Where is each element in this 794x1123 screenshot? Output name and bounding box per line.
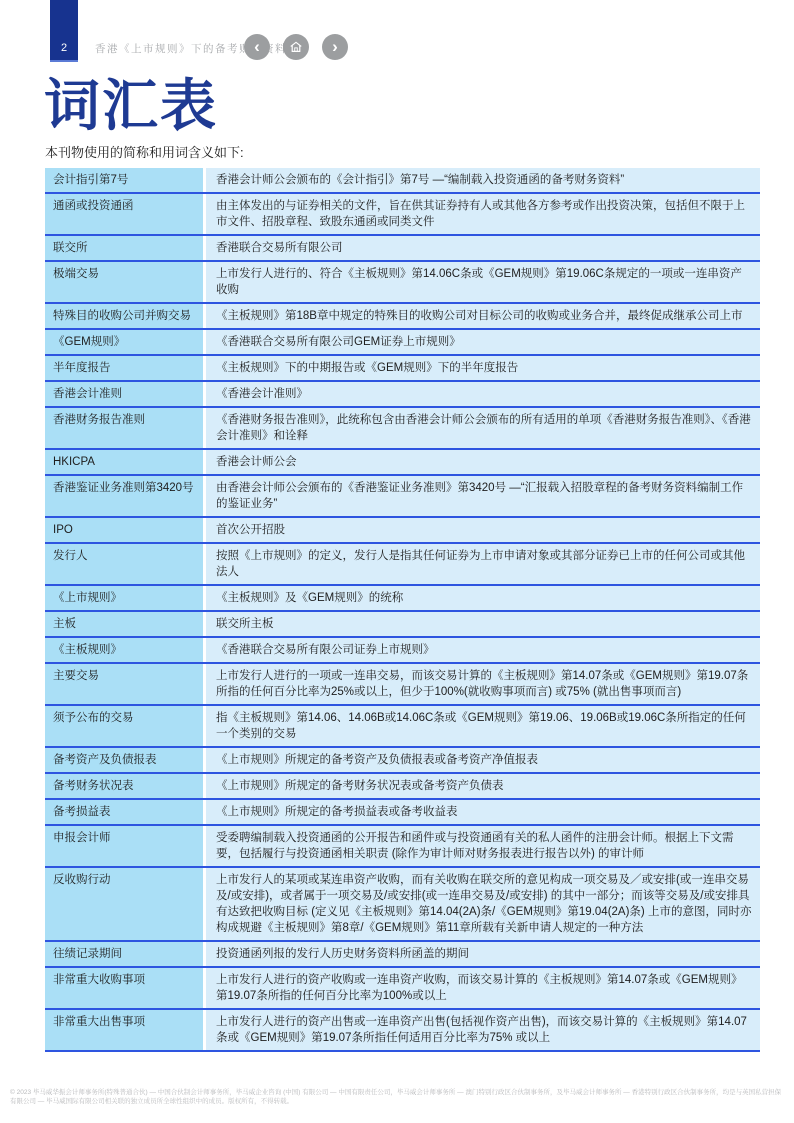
table-row: 香港财务报告准则《香港财务报告准则》，此统称包含由香港会计师公会颁布的所有适用的… <box>45 408 760 450</box>
footer-copyright: © 2023 毕马威华振会计师事务所(特殊普通合伙) — 中国合伙制会计师事务所… <box>10 1088 782 1106</box>
table-row: 须予公布的交易指《主板规则》第14.06、14.06B或14.06C条或《GEM… <box>45 706 760 748</box>
page-number-box: 2 <box>50 0 78 62</box>
definition-cell: 《上市规则》所规定的备考财务状况表或备考资产负债表 <box>206 774 760 798</box>
definition-cell: 《主板规则》下的中期报告或《GEM规则》下的半年度报告 <box>206 356 760 380</box>
definition-cell: 上市发行人进行的资产收购或一连串资产收购，而该交易计算的《主板规则》第14.07… <box>206 968 760 1008</box>
definition-cell: 按照《上市规则》的定义，发行人是指其任何证券为上市申请对象或其部分证券已上市的任… <box>206 544 760 584</box>
definition-cell: 《香港财务报告准则》，此统称包含由香港会计师公会颁布的所有适用的单项《香港财务报… <box>206 408 760 448</box>
term-cell: 备考损益表 <box>45 800 203 824</box>
table-row: 备考资产及负债报表《上市规则》所规定的备考资产及负债报表或备考资产净值报表 <box>45 748 760 774</box>
term-cell: 特殊目的收购公司并购交易 <box>45 304 203 328</box>
table-row: 通函或投资通函由主体发出的与证券相关的文件，旨在供其证券持有人或其他各方参考或作… <box>45 194 760 236</box>
page-number: 2 <box>61 42 67 60</box>
next-page-button[interactable]: › <box>322 34 348 60</box>
term-cell: HKICPA <box>45 450 203 474</box>
term-cell: 香港会计准则 <box>45 382 203 406</box>
prev-page-button[interactable]: ‹ <box>244 34 270 60</box>
term-cell: 主要交易 <box>45 664 203 704</box>
table-row: 备考损益表《上市规则》所规定的备考损益表或备考收益表 <box>45 800 760 826</box>
definition-cell: 香港会计师公会颁布的《会计指引》第7号 —“编制载入投资通函的备考财务资料” <box>206 168 760 192</box>
term-cell: 香港财务报告准则 <box>45 408 203 448</box>
term-cell: 非常重大收购事项 <box>45 968 203 1008</box>
definition-cell: 香港会计师公会 <box>206 450 760 474</box>
table-row: 香港鉴证业务准则第3420号由香港会计师公会颁布的《香港鉴证业务准则》第3420… <box>45 476 760 518</box>
table-row: 《主板规则》《香港联合交易所有限公司证券上市规则》 <box>45 638 760 664</box>
definition-cell: 《上市规则》所规定的备考损益表或备考收益表 <box>206 800 760 824</box>
term-cell: 《GEM规则》 <box>45 330 203 354</box>
table-row: 半年度报告《主板规则》下的中期报告或《GEM规则》下的半年度报告 <box>45 356 760 382</box>
table-row: 申报会计师受委聘编制载入投资通函的公开报告和函件或与投资通函有关的私人函件的注册… <box>45 826 760 868</box>
term-cell: 发行人 <box>45 544 203 584</box>
chevron-right-icon: › <box>332 38 338 55</box>
table-row: 香港会计准则《香港会计准则》 <box>45 382 760 408</box>
glossary-table: 会计指引第7号香港会计师公会颁布的《会计指引》第7号 —“编制载入投资通函的备考… <box>45 168 760 1052</box>
table-row: 《GEM规则》《香港联合交易所有限公司GEM证券上市规则》 <box>45 330 760 356</box>
table-row: 主要交易上市发行人进行的一项或一连串交易，而该交易计算的《主板规则》第14.07… <box>45 664 760 706</box>
term-cell: IPO <box>45 518 203 542</box>
definition-cell: 《香港联合交易所有限公司GEM证券上市规则》 <box>206 330 760 354</box>
home-icon <box>289 40 303 54</box>
term-cell: 极端交易 <box>45 262 203 302</box>
term-cell: 备考财务状况表 <box>45 774 203 798</box>
table-row: 会计指引第7号香港会计师公会颁布的《会计指引》第7号 —“编制载入投资通函的备考… <box>45 168 760 194</box>
term-cell: 主板 <box>45 612 203 636</box>
term-cell: 须予公布的交易 <box>45 706 203 746</box>
definition-cell: 《主板规则》第18B章中规定的特殊目的收购公司对目标公司的收购或业务合并，最终促… <box>206 304 760 328</box>
term-cell: 备考资产及负债报表 <box>45 748 203 772</box>
definition-cell: 上市发行人的某项或某连串资产收购，而有关收购在联交所的意见构成一项交易及／或安排… <box>206 868 760 940</box>
definition-cell: 上市发行人进行的一项或一连串交易，而该交易计算的《主板规则》第14.07条或《G… <box>206 664 760 704</box>
term-cell: 申报会计师 <box>45 826 203 866</box>
definition-cell: 联交所主板 <box>206 612 760 636</box>
term-cell: 往绩记录期间 <box>45 942 203 966</box>
term-cell: 联交所 <box>45 236 203 260</box>
table-row: HKICPA香港会计师公会 <box>45 450 760 476</box>
table-row: IPO首次公开招股 <box>45 518 760 544</box>
definition-cell: 《香港联合交易所有限公司证券上市规则》 <box>206 638 760 662</box>
definition-cell: 投资通函列报的发行人历史财务资料所函盖的期间 <box>206 942 760 966</box>
definition-cell: 《上市规则》所规定的备考资产及负债报表或备考资产净值报表 <box>206 748 760 772</box>
table-row: 非常重大收购事项上市发行人进行的资产收购或一连串资产收购，而该交易计算的《主板规… <box>45 968 760 1010</box>
definition-cell: 香港联合交易所有限公司 <box>206 236 760 260</box>
definition-cell: 《主板规则》及《GEM规则》的统称 <box>206 586 760 610</box>
definition-cell: 《香港会计准则》 <box>206 382 760 406</box>
term-cell: 《主板规则》 <box>45 638 203 662</box>
term-cell: 香港鉴证业务准则第3420号 <box>45 476 203 516</box>
table-row: 非常重大出售事项上市发行人进行的资产出售或一连串资产出售(包括视作资产出售)，而… <box>45 1010 760 1052</box>
table-row: 往绩记录期间投资通函列报的发行人历史财务资料所函盖的期间 <box>45 942 760 968</box>
term-cell: 通函或投资通函 <box>45 194 203 234</box>
table-row: 发行人按照《上市规则》的定义，发行人是指其任何证券为上市申请对象或其部分证券已上… <box>45 544 760 586</box>
definition-cell: 由香港会计师公会颁布的《香港鉴证业务准则》第3420号 —“汇报载入招股章程的备… <box>206 476 760 516</box>
definition-cell: 由主体发出的与证券相关的文件，旨在供其证券持有人或其他各方参考或作出投资决策，包… <box>206 194 760 234</box>
table-row: 反收购行动上市发行人的某项或某连串资产收购，而有关收购在联交所的意见构成一项交易… <box>45 868 760 942</box>
term-cell: 反收购行动 <box>45 868 203 940</box>
term-cell: 非常重大出售事项 <box>45 1010 203 1050</box>
definition-cell: 指《主板规则》第14.06、14.06B或14.06C条或《GEM规则》第19.… <box>206 706 760 746</box>
page-title: 词汇表 <box>44 62 218 142</box>
definition-cell: 上市发行人进行的、符合《主板规则》第14.06C条或《GEM规则》第19.06C… <box>206 262 760 302</box>
table-row: 备考财务状况表《上市规则》所规定的备考财务状况表或备考资产负债表 <box>45 774 760 800</box>
term-cell: 会计指引第7号 <box>45 168 203 192</box>
term-cell: 《上市规则》 <box>45 586 203 610</box>
term-cell: 半年度报告 <box>45 356 203 380</box>
table-row: 主板联交所主板 <box>45 612 760 638</box>
definition-cell: 受委聘编制载入投资通函的公开报告和函件或与投资通函有关的私人函件的注册会计师。根… <box>206 826 760 866</box>
table-row: 极端交易上市发行人进行的、符合《主板规则》第14.06C条或《GEM规则》第19… <box>45 262 760 304</box>
table-row: 联交所香港联合交易所有限公司 <box>45 236 760 262</box>
table-row: 《上市规则》《主板规则》及《GEM规则》的统称 <box>45 586 760 612</box>
table-row: 特殊目的收购公司并购交易《主板规则》第18B章中规定的特殊目的收购公司对目标公司… <box>45 304 760 330</box>
nav-controls: ‹ › <box>244 34 348 60</box>
definition-cell: 首次公开招股 <box>206 518 760 542</box>
chevron-left-icon: ‹ <box>254 38 260 55</box>
intro-text: 本刊物使用的简称和用词含义如下: <box>45 142 244 161</box>
home-button[interactable] <box>283 34 309 60</box>
definition-cell: 上市发行人进行的资产出售或一连串资产出售(包括视作资产出售)，而该交易计算的《主… <box>206 1010 760 1050</box>
